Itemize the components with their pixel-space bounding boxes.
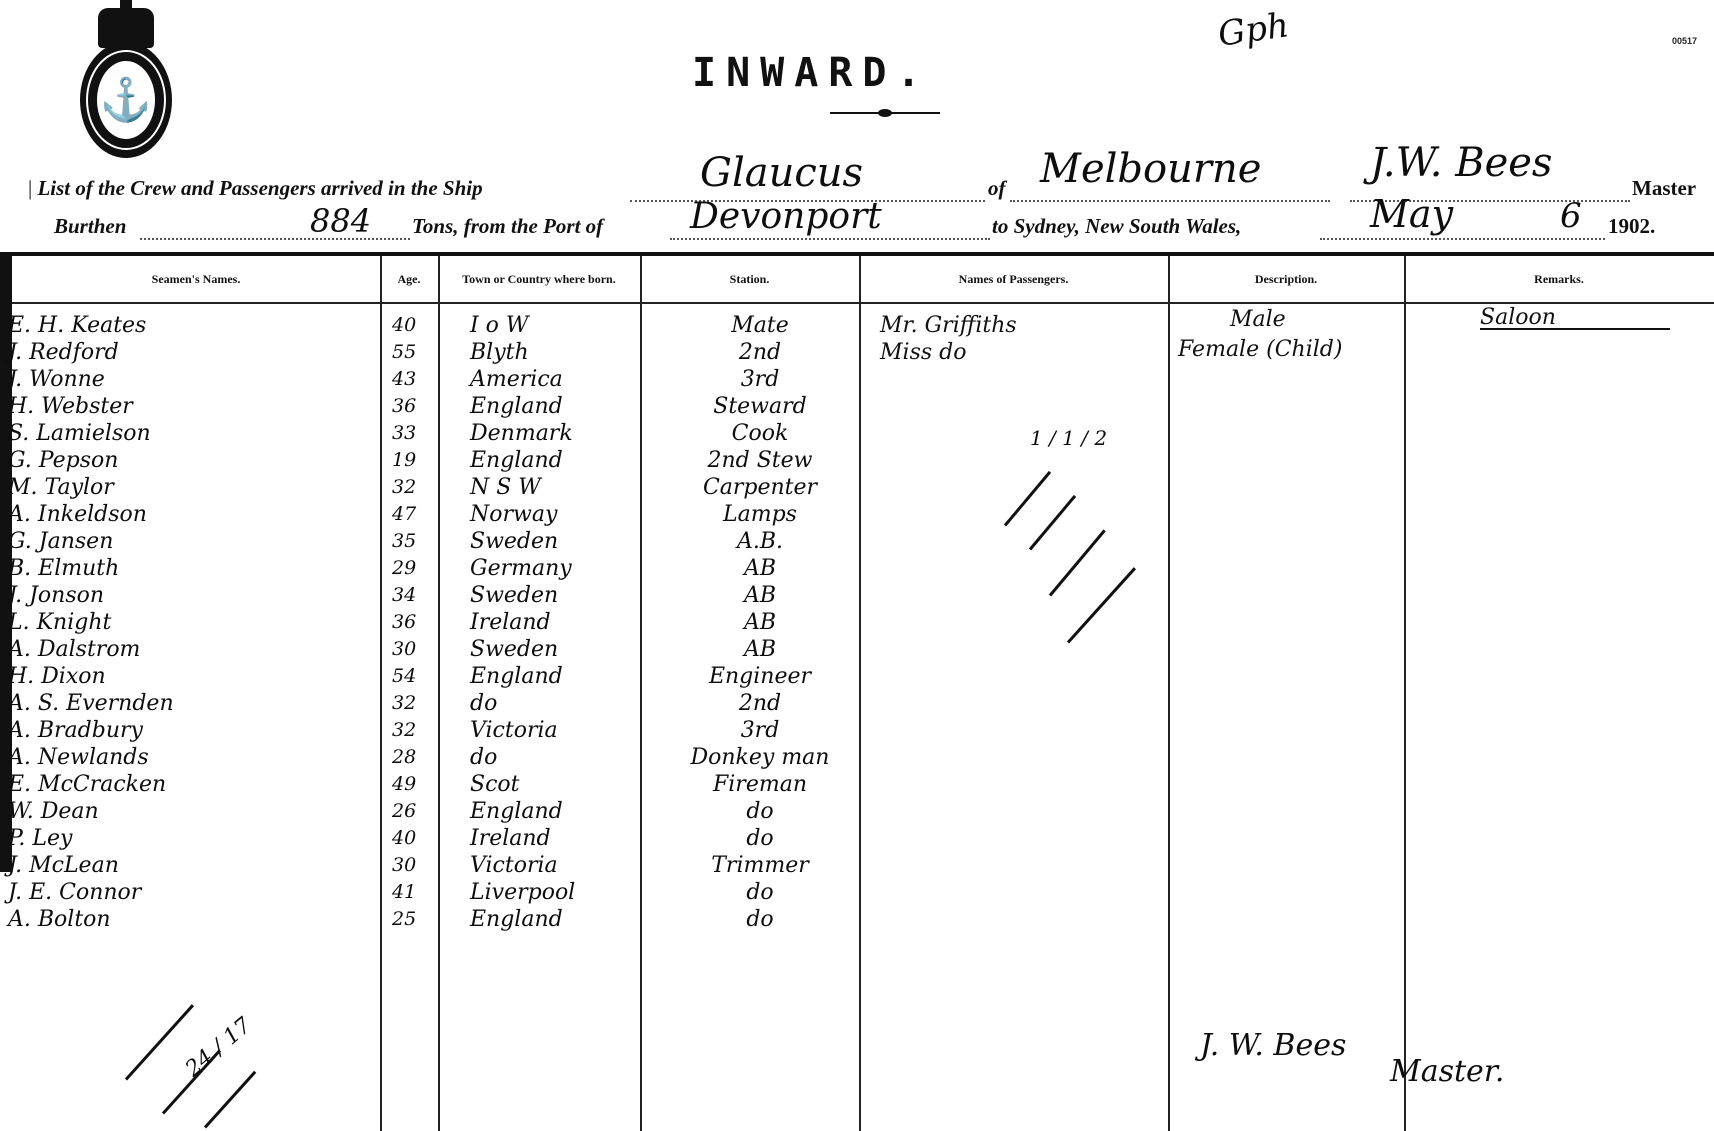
seaman-name: A. Dalstrom (8, 636, 140, 663)
seaman-station: AB (670, 636, 850, 663)
crew-row: A. Inkeldson47NorwayLamps (0, 501, 860, 528)
seaman-age: 36 (392, 393, 432, 420)
seaman-age: 30 (392, 852, 432, 879)
seaman-station: 2nd Stew (670, 447, 850, 474)
arrival-month-value: May (1370, 192, 1453, 236)
seaman-birthplace: I o W (470, 312, 529, 339)
crew-row: B. Elmuth29GermanyAB (0, 555, 860, 582)
seaman-name: A. Bradbury (8, 717, 143, 744)
remarks-column-divider (1404, 256, 1406, 1131)
seaman-station: Mate (670, 312, 850, 339)
seaman-birthplace: Ireland (470, 825, 551, 852)
seaman-age: 32 (392, 474, 432, 501)
crew-row: A. S. Evernden32do2nd (0, 690, 860, 717)
seaman-name: H. Dixon (8, 663, 106, 690)
crew-row: A. Bradbury32Victoria3rd (0, 717, 860, 744)
seaman-birthplace: Victoria (470, 852, 558, 879)
header-age: Age. (380, 256, 438, 304)
crew-row: J. Wonne43America3rd (0, 366, 860, 393)
seaman-birthplace: Scot (470, 771, 519, 798)
passenger-description: Male (1230, 306, 1286, 333)
seaman-name: B. Elmuth (8, 555, 119, 582)
seaman-birthplace: do (470, 690, 497, 717)
crew-row: G. Jansen35SwedenA.B. (0, 528, 860, 555)
crew-row: S. Lamielson33DenmarkCook (0, 420, 860, 447)
seaman-age: 49 (392, 771, 432, 798)
seaman-birthplace: do (470, 744, 497, 771)
passenger-description: Female (Child) (1178, 336, 1342, 363)
seaman-birthplace: Victoria (470, 717, 558, 744)
seaman-station: A.B. (670, 528, 850, 555)
header-seamens-names: Seamen's Names. (12, 256, 380, 304)
seaman-birthplace: Liverpool (470, 879, 575, 906)
tons-from-port-label: Tons, from the Port of (412, 214, 603, 239)
list-heading-label: | List of the Crew and Passengers arrive… (28, 176, 483, 201)
seaman-age: 32 (392, 717, 432, 744)
from-port-value: Devonport (690, 196, 882, 237)
crew-row: E. McCracken49ScotFireman (0, 771, 860, 798)
seaman-birthplace: N S W (470, 474, 541, 501)
seaman-birthplace: England (470, 663, 563, 690)
seaman-name: A. Newlands (8, 744, 149, 771)
crew-row: A. Dalstrom30SwedenAB (0, 636, 860, 663)
crew-row: J. E. Connor41Liverpooldo (0, 879, 860, 906)
seaman-name: J. Redford (8, 339, 119, 366)
anchor-icon: ⚓ (94, 58, 158, 142)
seaman-age: 19 (392, 447, 432, 474)
passenger-name: Miss do (880, 339, 966, 366)
seaman-age: 33 (392, 420, 432, 447)
seaman-birthplace: England (470, 393, 563, 420)
header-description: Description. (1168, 256, 1404, 304)
seaman-station: Steward (670, 393, 850, 420)
master-signature: J. W. Bees (1200, 1028, 1346, 1063)
seaman-birthplace: Denmark (470, 420, 573, 447)
seaman-station: do (670, 906, 850, 933)
seaman-age: 30 (392, 636, 432, 663)
home-port-dotted-line (1010, 200, 1330, 202)
reference-number: 00517 (1672, 36, 1697, 46)
seaman-age: 29 (392, 555, 432, 582)
shipping-master-crest-logo: ⚓ (76, 8, 176, 158)
seaman-birthplace: Sweden (470, 636, 558, 663)
seaman-station: Lamps (670, 501, 850, 528)
tonnage-value: 884 (310, 202, 371, 240)
crew-row: M. Taylor32N S WCarpenter (0, 474, 860, 501)
seaman-station: AB (670, 582, 850, 609)
ship-name-value: Glaucus (700, 150, 863, 196)
seaman-age: 54 (392, 663, 432, 690)
seaman-birthplace: Blyth (470, 339, 529, 366)
seaman-age: 41 (392, 879, 432, 906)
home-port-value: Melbourne (1040, 146, 1261, 192)
remarks-dash-line (1480, 328, 1670, 330)
crew-row: A. Newlands28doDonkey man (0, 744, 860, 771)
seaman-birthplace: Germany (470, 555, 572, 582)
description-column-divider (1168, 256, 1170, 1131)
list-prefix-text: List of the Crew and Passengers arrived … (37, 176, 482, 200)
seaman-name: J. Jonson (8, 582, 104, 609)
seaman-birthplace: Sweden (470, 528, 558, 555)
master-name-value: J.W. Bees (1370, 140, 1552, 186)
crew-row: L. Knight36IrelandAB (0, 609, 860, 636)
destination-label: to Sydney, New South Wales, (992, 214, 1241, 239)
seaman-station: 3rd (670, 366, 850, 393)
crew-row: H. Dixon54EnglandEngineer (0, 663, 860, 690)
header-remarks: Remarks. (1404, 256, 1714, 304)
seaman-birthplace: England (470, 447, 563, 474)
crew-row: H. Webster36EnglandSteward (0, 393, 860, 420)
seaman-age: 40 (392, 825, 432, 852)
crew-row: A. Bolton25Englanddo (0, 906, 860, 933)
seaman-age: 28 (392, 744, 432, 771)
seaman-name: E. H. Keates (8, 312, 146, 339)
crew-passenger-table: Seamen's Names. Age. Town or Country whe… (0, 252, 1714, 1131)
seaman-station: Trimmer (670, 852, 850, 879)
crew-row: J. McLean30VictoriaTrimmer (0, 852, 860, 879)
passenger-remarks: Saloon (1480, 304, 1556, 331)
seaman-station: Donkey man (670, 744, 850, 771)
seaman-station: 3rd (670, 717, 850, 744)
seaman-station: AB (670, 555, 850, 582)
crew-row: W. Dean26Englanddo (0, 798, 860, 825)
master-label: Master (1632, 176, 1696, 201)
from-port-dotted-line (670, 238, 990, 240)
seaman-name: J. E. Connor (8, 879, 141, 906)
of-label: of (988, 176, 1006, 201)
seaman-birthplace: Norway (470, 501, 557, 528)
seaman-age: 34 (392, 582, 432, 609)
seaman-station: do (670, 825, 850, 852)
seaman-station: do (670, 798, 850, 825)
clerk-initials: Gph (1216, 5, 1292, 54)
seaman-station: Cook (670, 420, 850, 447)
seaman-station: Fireman (670, 771, 850, 798)
seaman-station: Carpenter (670, 474, 850, 501)
seaman-age: 47 (392, 501, 432, 528)
seaman-birthplace: England (470, 798, 563, 825)
seaman-birthplace: England (470, 906, 563, 933)
tally-text-middle: 1 / 1 / 2 (1030, 426, 1107, 450)
seaman-name: A. S. Evernden (8, 690, 174, 717)
seaman-age: 43 (392, 366, 432, 393)
header-passenger-names: Names of Passengers. (859, 256, 1168, 304)
date-dotted-line (1320, 238, 1605, 240)
seaman-name: A. Bolton (8, 906, 111, 933)
seaman-station: AB (670, 609, 850, 636)
seaman-name: M. Taylor (8, 474, 114, 501)
seaman-age: 25 (392, 906, 432, 933)
tally-stroke (1004, 471, 1051, 527)
header-town-born: Town or Country where born. (438, 256, 640, 304)
seaman-name: H. Webster (8, 393, 133, 420)
seaman-age: 36 (392, 609, 432, 636)
tally-stroke (1029, 495, 1076, 551)
seaman-name: G. Pepson (8, 447, 118, 474)
seaman-name: P. Ley (8, 825, 72, 852)
seaman-age: 26 (392, 798, 432, 825)
seaman-station: Engineer (670, 663, 850, 690)
seaman-birthplace: Ireland (470, 609, 551, 636)
seaman-name: G. Jansen (8, 528, 113, 555)
crew-row: G. Pepson19England2nd Stew (0, 447, 860, 474)
seaman-age: 55 (392, 339, 432, 366)
seaman-age: 32 (392, 690, 432, 717)
seaman-name: S. Lamielson (8, 420, 151, 447)
seaman-name: J. Wonne (8, 366, 105, 393)
crew-row: E. H. Keates40I o WMate (0, 312, 860, 339)
header-station: Station. (640, 256, 859, 304)
crew-row: J. Jonson34SwedenAB (0, 582, 860, 609)
seaman-birthplace: Sweden (470, 582, 558, 609)
seaman-name: J. McLean (8, 852, 119, 879)
tally-stroke (1049, 529, 1106, 596)
master-signature-title: Master. (1390, 1054, 1504, 1089)
seaman-birthplace: America (470, 366, 563, 393)
seaman-age: 40 (392, 312, 432, 339)
crew-row: P. Ley40Irelanddo (0, 825, 860, 852)
crew-row: J. Redford55Blyth2nd (0, 339, 860, 366)
page-title: INWARD. (692, 50, 931, 96)
burthen-label: Burthen (54, 214, 126, 239)
arrival-year-value: 1902. (1608, 214, 1655, 239)
seaman-station: do (670, 879, 850, 906)
tally-stroke (1067, 567, 1136, 643)
seaman-name: L. Knight (8, 609, 111, 636)
passenger-name: Mr. Griffiths (880, 312, 1017, 339)
seaman-name: A. Inkeldson (8, 501, 147, 528)
arrival-day-value: 6 (1560, 196, 1582, 236)
seaman-name: E. McCracken (8, 771, 166, 798)
seaman-name: W. Dean (8, 798, 99, 825)
seaman-station: 2nd (670, 339, 850, 366)
seaman-station: 2nd (670, 690, 850, 717)
seaman-age: 35 (392, 528, 432, 555)
title-divider (830, 112, 940, 114)
